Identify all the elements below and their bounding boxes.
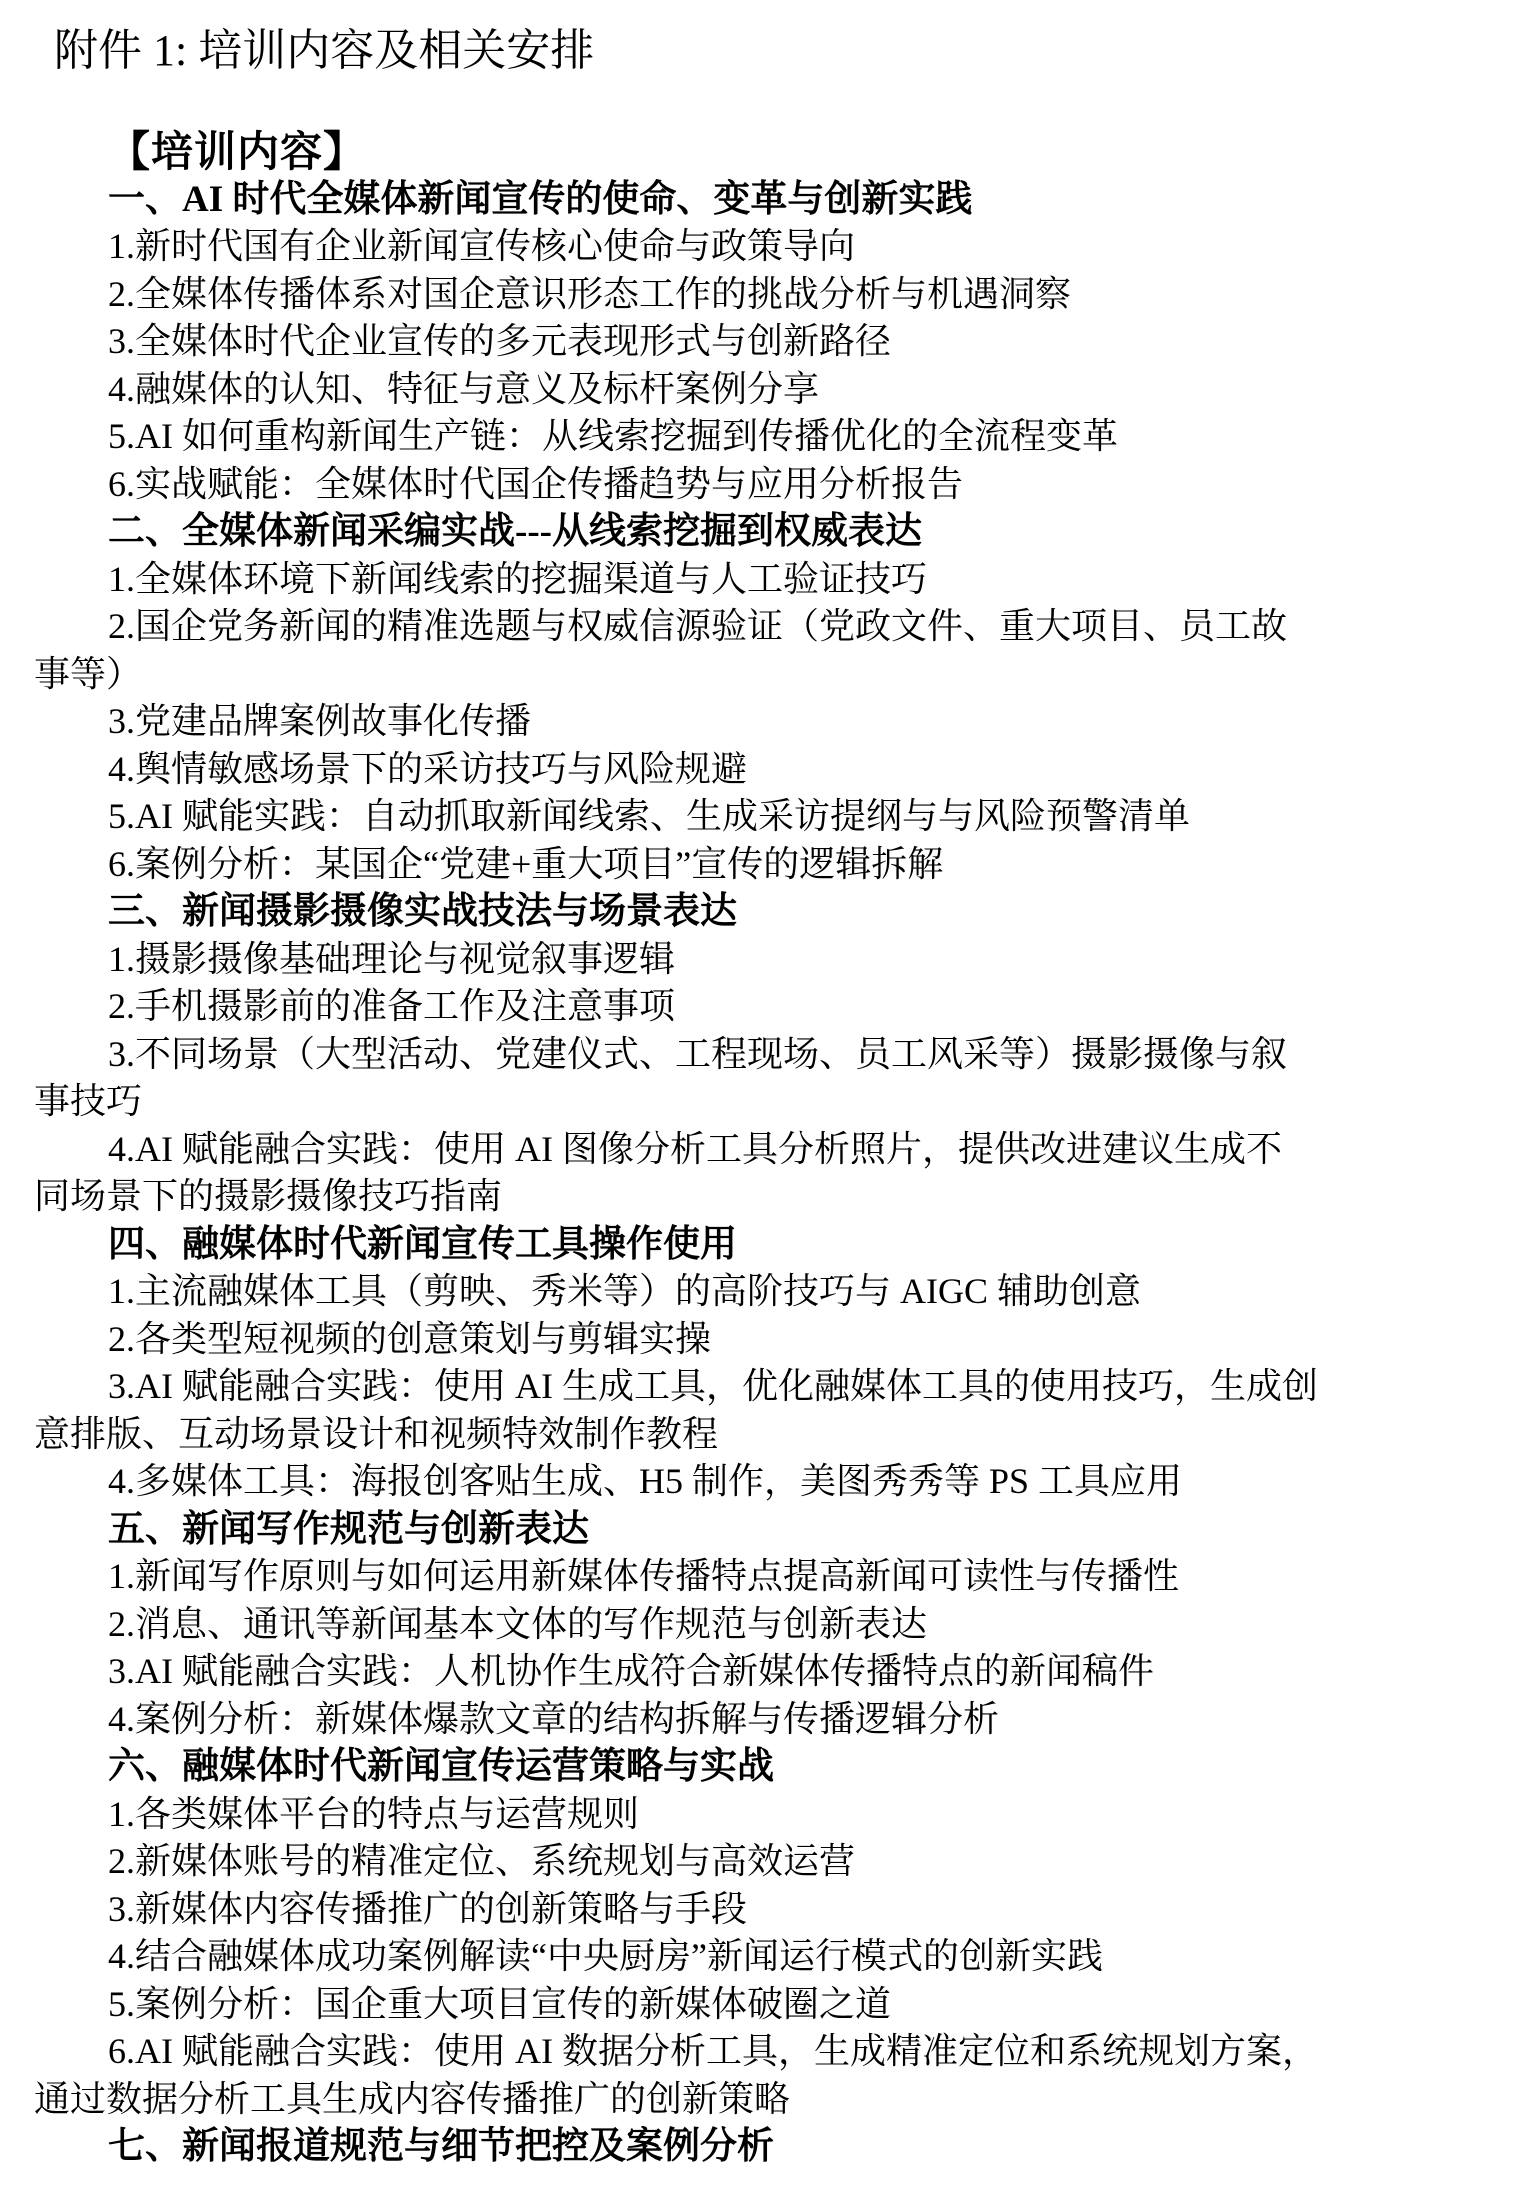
outline-item: 6.实战赋能：全媒体时代国企传播趋势与应用分析报告 xyxy=(34,461,1510,509)
chapter-heading-7: 七、新闻报道规范与细节把控及案例分析 xyxy=(34,2123,1510,2171)
outline-item: 1.新闻写作原则与如何运用新媒体传播特点提高新闻可读性与传播性 xyxy=(34,1553,1510,1601)
outline-item: 4.AI 赋能融合实践：使用 AI 图像分析工具分析照片，提供改进建议生成不 xyxy=(34,1126,1510,1174)
outline-item-continuation: 意排版、互动场景设计和视频特效制作教程 xyxy=(34,1411,1510,1459)
outline-item: 2.新媒体账号的精准定位、系统规划与高效运营 xyxy=(34,1838,1510,1886)
outline-item: 5.案例分析：国企重大项目宣传的新媒体破圈之道 xyxy=(34,1981,1510,2029)
outline-item: 3.全媒体时代企业宣传的多元表现形式与创新路径 xyxy=(34,318,1510,366)
training-content-outline: 【培训内容】 一、AI 时代全媒体新闻宣传的使命、变革与创新实践 1.新时代国有… xyxy=(34,128,1510,2171)
outline-item: 1.全媒体环境下新闻线索的挖掘渠道与人工验证技巧 xyxy=(34,556,1510,604)
outline-item: 1.新时代国有企业新闻宣传核心使命与政策导向 xyxy=(34,223,1510,271)
outline-item: 2.国企党务新闻的精准选题与权威信源验证（党政文件、重大项目、员工故 xyxy=(34,603,1510,651)
outline-item: 6.案例分析：某国企“党建+重大项目”宣传的逻辑拆解 xyxy=(34,841,1510,889)
outline-item: 5.AI 赋能实践：自动抓取新闻线索、生成采访提纲与与风险预警清单 xyxy=(34,793,1510,841)
outline-item-continuation: 同场景下的摄影摄像技巧指南 xyxy=(34,1173,1510,1221)
content-section-label: 【培训内容】 xyxy=(34,128,1510,176)
document-page: 附件 1: 培训内容及相关安排 【培训内容】 一、AI 时代全媒体新闻宣传的使命… xyxy=(0,0,1536,2185)
outline-item-continuation: 通过数据分析工具生成内容传播推广的创新策略 xyxy=(34,2076,1510,2124)
chapter-heading-2: 二、全媒体新闻采编实战---从线索挖掘到权威表达 xyxy=(34,508,1510,556)
outline-item-continuation: 事技巧 xyxy=(34,1078,1510,1126)
chapter-heading-5: 五、新闻写作规范与创新表达 xyxy=(34,1506,1510,1554)
attachment-title: 附件 1: 培训内容及相关安排 xyxy=(34,22,1510,80)
outline-item-continuation: 事等） xyxy=(34,651,1510,699)
outline-item: 1.各类媒体平台的特点与运营规则 xyxy=(34,1791,1510,1839)
outline-item: 2.全媒体传播体系对国企意识形态工作的挑战分析与机遇洞察 xyxy=(34,271,1510,319)
outline-item: 2.各类型短视频的创意策划与剪辑实操 xyxy=(34,1316,1510,1364)
outline-item: 3.AI 赋能融合实践：人机协作生成符合新媒体传播特点的新闻稿件 xyxy=(34,1648,1510,1696)
outline-item: 1.主流融媒体工具（剪映、秀米等）的高阶技巧与 AIGC 辅助创意 xyxy=(34,1268,1510,1316)
chapter-heading-3: 三、新闻摄影摄像实战技法与场景表达 xyxy=(34,888,1510,936)
outline-item: 3.AI 赋能融合实践：使用 AI 生成工具，优化融媒体工具的使用技巧，生成创 xyxy=(34,1363,1510,1411)
chapter-heading-4: 四、融媒体时代新闻宣传工具操作使用 xyxy=(34,1221,1510,1269)
outline-item: 4.结合融媒体成功案例解读“中央厨房”新闻运行模式的创新实践 xyxy=(34,1933,1510,1981)
outline-item: 2.手机摄影前的准备工作及注意事项 xyxy=(34,983,1510,1031)
outline-item: 2.消息、通讯等新闻基本文体的写作规范与创新表达 xyxy=(34,1601,1510,1649)
outline-item: 4.多媒体工具：海报创客贴生成、H5 制作，美图秀秀等 PS 工具应用 xyxy=(34,1458,1510,1506)
outline-item: 4.舆情敏感场景下的采访技巧与风险规避 xyxy=(34,746,1510,794)
outline-item: 3.党建品牌案例故事化传播 xyxy=(34,698,1510,746)
outline-item: 1.摄影摄像基础理论与视觉叙事逻辑 xyxy=(34,936,1510,984)
outline-item: 4.融媒体的认知、特征与意义及标杆案例分享 xyxy=(34,366,1510,414)
outline-item: 4.案例分析：新媒体爆款文章的结构拆解与传播逻辑分析 xyxy=(34,1696,1510,1744)
outline-item: 3.不同场景（大型活动、党建仪式、工程现场、员工风采等）摄影摄像与叙 xyxy=(34,1031,1510,1079)
chapter-heading-6: 六、融媒体时代新闻宣传运营策略与实战 xyxy=(34,1743,1510,1791)
chapter-heading-1: 一、AI 时代全媒体新闻宣传的使命、变革与创新实践 xyxy=(34,176,1510,224)
outline-item: 6.AI 赋能融合实践：使用 AI 数据分析工具，生成精准定位和系统规划方案， xyxy=(34,2028,1510,2076)
outline-item: 3.新媒体内容传播推广的创新策略与手段 xyxy=(34,1886,1510,1934)
outline-item: 5.AI 如何重构新闻生产链：从线索挖掘到传播优化的全流程变革 xyxy=(34,413,1510,461)
